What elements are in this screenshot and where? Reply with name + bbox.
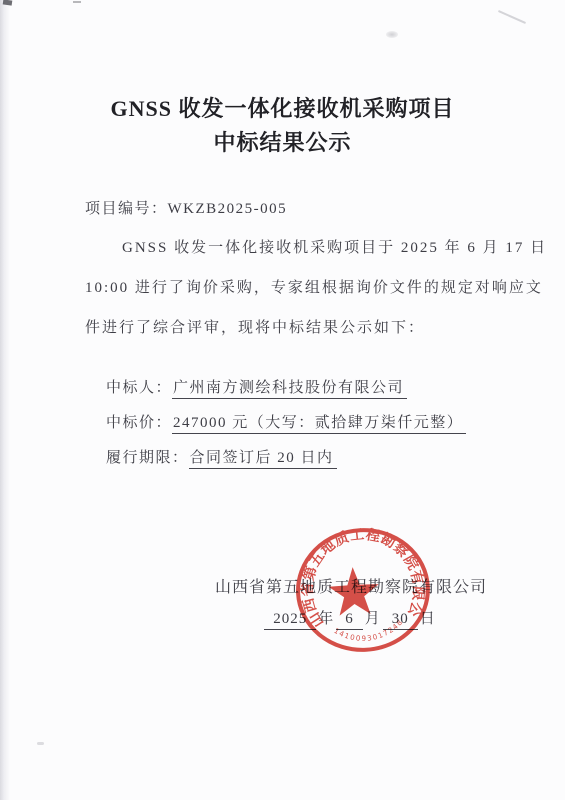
title-line-2: 中标结果公示 <box>0 126 565 160</box>
seal-star-icon <box>328 566 381 616</box>
body-line: GNSS 收发一体化接收机采购项目于 2025 年 6 月 17 日 <box>85 238 517 259</box>
scan-scratch <box>498 10 526 24</box>
project-number-value: WKZB2025-005 <box>168 201 288 217</box>
title-line-1: GNSS 收发一体化接收机采购项目 <box>0 92 565 126</box>
project-number-line: 项目编号：WKZB2025-005 <box>85 197 287 218</box>
body-line: 件进行了综合评审，现将中标结果公示如下： <box>85 318 517 339</box>
term-label: 履行期限： <box>106 450 189 466</box>
term-row: 履行期限：合同签订后 20 日内 <box>106 447 466 470</box>
scan-speck <box>37 742 44 745</box>
seal-ring-text: 山西省第五地质工程勘察院有限公司 <box>290 522 429 631</box>
scan-speck <box>73 1 81 3</box>
body-line: 10:00 进行了询价采购，专家组根据询价文件的规定对响应文 <box>85 278 517 299</box>
scanned-document-page: GNSS 收发一体化接收机采购项目 中标结果公示 项目编号：WKZB2025-0… <box>0 0 565 800</box>
price-value: 247000 元（大写：贰拾肆万柒仟元整） <box>172 415 466 434</box>
winner-value: 广州南方测绘科技股份有限公司 <box>172 380 407 399</box>
scan-smudge <box>386 31 398 38</box>
official-seal: 山西省第五地质工程勘察院有限公司 1410093017248 <box>290 522 437 659</box>
winner-row: 中标人：广州南方测绘科技股份有限公司 <box>106 377 466 400</box>
term-value: 合同签订后 20 日内 <box>189 450 337 469</box>
project-number-label: 项目编号： <box>85 201 168 217</box>
winner-label: 中标人： <box>106 380 172 396</box>
award-details: 中标人：广州南方测绘科技股份有限公司 中标价：247000 元（大写：贰拾肆万柒… <box>106 377 466 482</box>
document-title: GNSS 收发一体化接收机采购项目 中标结果公示 <box>0 92 565 160</box>
price-row: 中标价：247000 元（大写：贰拾肆万柒仟元整） <box>106 412 466 435</box>
price-label: 中标价： <box>106 415 172 431</box>
body-paragraph: GNSS 收发一体化接收机采购项目于 2025 年 6 月 17 日 10:00… <box>85 238 517 358</box>
